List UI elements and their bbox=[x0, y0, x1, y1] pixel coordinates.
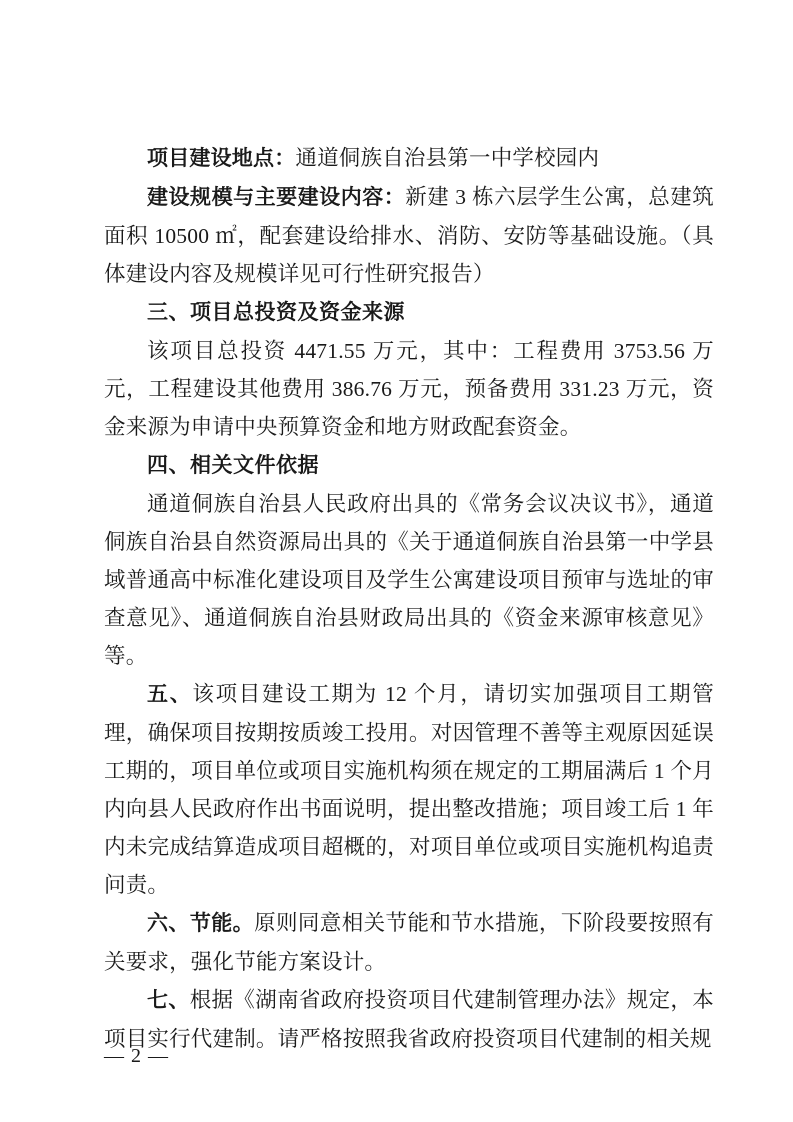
text-run: 根据《湖南省政府投资项目代建制管理办法》规定，本项目实行代建制。请严格按照我省政… bbox=[104, 988, 714, 1051]
page-number: — 2 — bbox=[104, 1045, 169, 1067]
text-run: 该项目建设工期为 12 个月，请切实加强项目工期管理，确保项目按期按质竣工投用。… bbox=[104, 682, 714, 897]
paragraph-related-documents: 通道侗族自治县人民政府出具的《常务会议决议书》，通道侗族自治县自然资源局出具的《… bbox=[104, 485, 714, 675]
bold-text-run: 七、 bbox=[147, 989, 190, 1012]
bold-text-run: 四、相关文件依据 bbox=[147, 454, 319, 477]
paragraph-project-location: 项目建设地点：通道侗族自治县第一中学校园内 bbox=[104, 139, 714, 178]
paragraph-section-7-agent-construction: 七、根据《湖南省政府投资项目代建制管理办法》规定，本项目实行代建制。请严格按照我… bbox=[104, 981, 714, 1058]
bold-text-run: 项目建设地点： bbox=[147, 147, 295, 170]
paragraph-construction-scale: 建设规模与主要建设内容：新建 3 栋六层学生公寓，总建筑面积 10500 ㎡，配… bbox=[104, 178, 714, 293]
text-run: 该项目总投资 4471.55 万元，其中：工程费用 3753.56 万元，工程建… bbox=[104, 339, 714, 439]
bold-text-run: 五、 bbox=[147, 683, 192, 706]
text-run: 通道侗族自治县第一中学校园内 bbox=[295, 146, 599, 170]
bold-text-run: 建设规模与主要建设内容： bbox=[147, 186, 405, 209]
paragraph-section-6-energy-saving: 六、节能。原则同意相关节能和节水措施，下阶段要按照有关要求，强化节能方案设计。 bbox=[104, 904, 714, 981]
text-run: 通道侗族自治县人民政府出具的《常务会议决议书》，通道侗族自治县自然资源局出具的《… bbox=[104, 492, 714, 668]
page-footer: — 2 — bbox=[104, 1044, 169, 1068]
paragraph-section-4-heading: 四、相关文件依据 bbox=[104, 446, 714, 485]
document-page: 项目建设地点：通道侗族自治县第一中学校园内建设规模与主要建设内容：新建 3 栋六… bbox=[0, 0, 793, 1122]
paragraph-total-investment: 该项目总投资 4471.55 万元，其中：工程费用 3753.56 万元，工程建… bbox=[104, 332, 714, 446]
document-body: 项目建设地点：通道侗族自治县第一中学校园内建设规模与主要建设内容：新建 3 栋六… bbox=[104, 139, 714, 1058]
bold-text-run: 三、项目总投资及资金来源 bbox=[147, 301, 405, 324]
paragraph-section-3-heading: 三、项目总投资及资金来源 bbox=[104, 293, 714, 332]
paragraph-section-5-construction-period: 五、该项目建设工期为 12 个月，请切实加强项目工期管理，确保项目按期按质竣工投… bbox=[104, 675, 714, 904]
bold-text-run: 六、节能。 bbox=[147, 912, 254, 935]
